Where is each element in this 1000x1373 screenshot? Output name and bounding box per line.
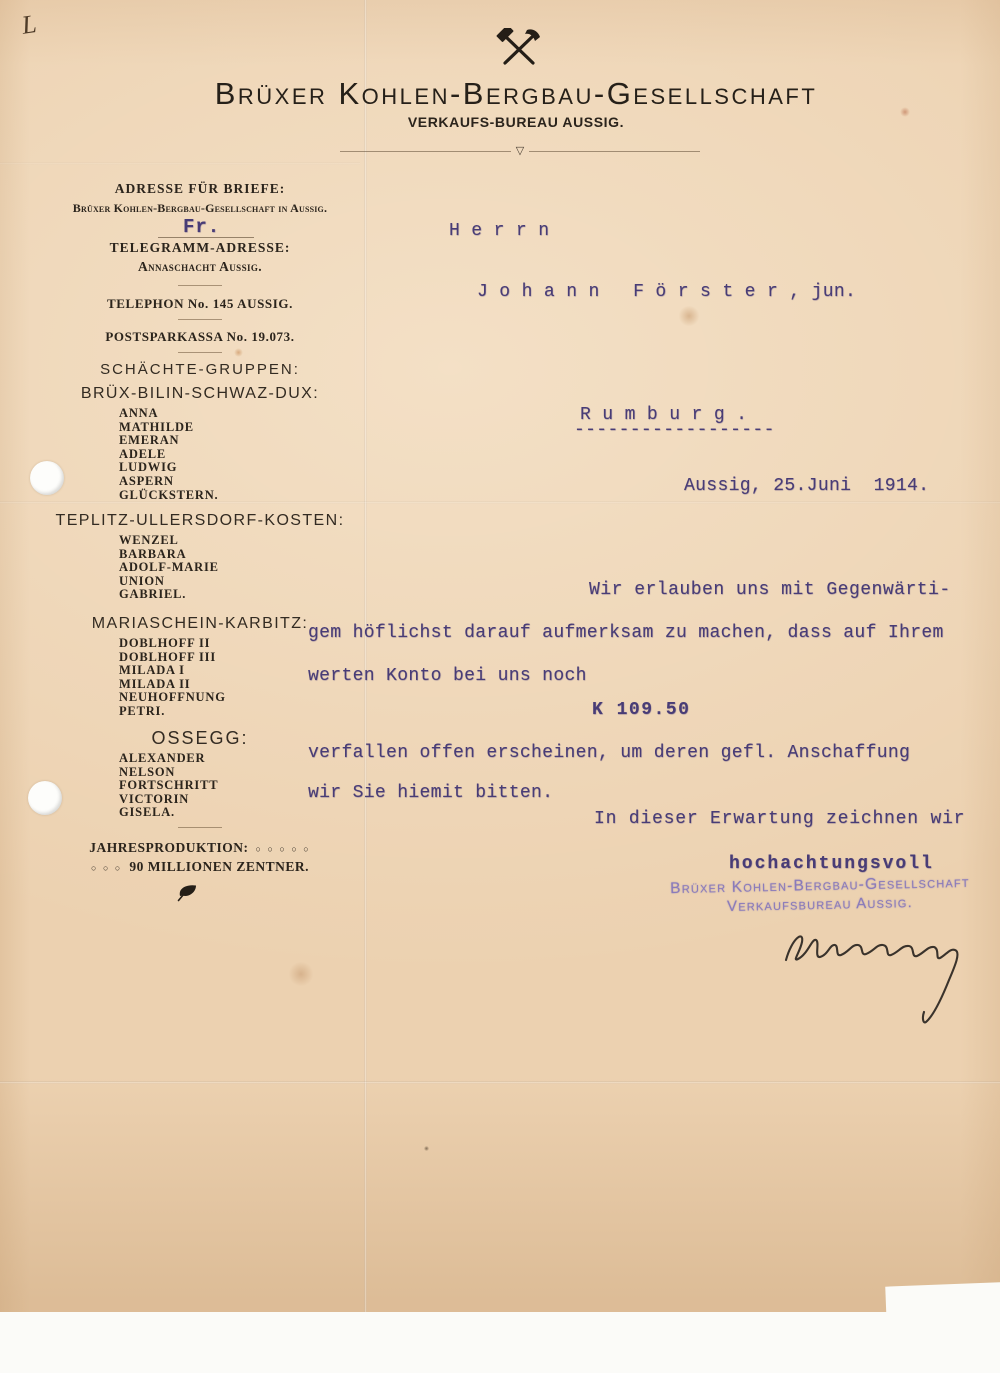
crossed-hammers-icon [492,28,544,68]
sidebar-divider [178,827,222,828]
mine-item: LUDWIG [119,461,365,475]
postal-account-line: POSTSPARKASSA No. 19.073. [35,330,365,343]
mine-group-name: BRÜX-BILIN-SCHWAZ-DUX: [35,386,365,402]
minor-crease [0,162,360,165]
recipient-name: J o h a n n F ö r s t e r , jun. [477,283,856,301]
mine-list: ANNA MATHILDE EMERAN ADELE LUDWIG ASPERN… [35,407,365,502]
telegram-label: TELEGRAMM-ADRESSE: [35,241,365,255]
mine-item: NEUHOFFNUNG [119,691,365,705]
paper-corner-edge [885,1281,1000,1312]
divider-line [340,151,511,152]
mine-item: UNION [119,575,365,589]
telegram-value: Annaschacht Aussig. [35,260,365,274]
sidebar-divider [178,285,222,286]
mine-group-name: TEPLITZ-ULLERSDORF-KOSTEN: [35,513,365,529]
dateline: Aussig, 25.Juni 1914. [684,477,929,495]
mine-item: EMERAN [119,434,365,448]
stain [424,1146,429,1151]
mine-list: WENZEL BARBARA ADOLF-MARIE UNION GABRIEL… [35,534,365,602]
company-title: Brüxer Kohlen-Bergbau-Gesellschaft [36,78,996,109]
header-divider: ▽ [340,146,700,157]
horizontal-fold-crease-lower [0,1081,1000,1084]
mine-item: GISELA. [119,806,365,820]
groups-title: SCHÄCHTE-GRUPPEN: [35,362,365,377]
recipient-city-underline: ------------------ [574,421,775,439]
body-line: gem höflichst darauf aufmerksam zu mache… [308,624,944,642]
production-value: 90 MILLIONEN ZENTNER. [129,860,309,874]
sidebar-divider [178,319,222,320]
body-line: werten Konto bei uns noch [308,667,587,685]
mine-item: GLÜCKSTERN. [119,489,365,503]
body-line: verfallen offen erscheinen, um deren gef… [308,744,910,762]
stain [234,348,243,357]
leaf-ornament-icon [176,883,200,902]
mine-item: GABRIEL. [119,588,365,602]
address-label: ADRESSE FÜR BRIEFE: [35,182,365,196]
stain [678,306,700,326]
divider-line [529,151,700,152]
amount-due: K 109.50 [592,701,690,719]
mine-item: ADELE [119,448,365,462]
telephone-line: TELEPHON No. 145 AUSSIG. [35,297,365,310]
mine-item: ADOLF-MARIE [119,561,365,575]
mine-item: WENZEL [119,534,365,548]
mine-item: NELSON [119,766,365,780]
mine-group: BRÜX-BILIN-SCHWAZ-DUX: ANNA MATHILDE EME… [35,386,365,502]
handwritten-note: Fr. [183,218,220,237]
body-line: In dieser Erwartung zeichnen wir [594,810,965,828]
production-line-2: ○ ○ ○ 90 MILLIONEN ZENTNER. [35,860,365,874]
mine-group: TEPLITZ-ULLERSDORF-KOSTEN: WENZEL BARBAR… [35,513,365,602]
production-circles: ○ ○ ○ [91,864,122,873]
address-value: Brüxer Kohlen-Bergbau-Gesellschaft in Au… [35,202,365,214]
body-line: wir Sie hiemit bitten. [308,784,553,802]
mine-item: BARBARA [119,548,365,562]
closing-phrase: hochachtungsvoll [729,855,934,873]
production-label: JAHRESPRODUKTION: [89,841,248,855]
stain [288,962,314,986]
production-circles: ○ ○ ○ ○ ○ [256,845,311,854]
triangle-ornament-icon: ▽ [511,146,529,157]
mine-item: ANNA [119,407,365,421]
mine-item: DOBLHOFF III [119,651,365,665]
sidebar-divider [178,352,222,353]
mine-item: PETRI. [119,705,365,719]
mine-item: ASPERN [119,475,365,489]
mine-item: MATHILDE [119,421,365,435]
handwritten-corner-mark: L [20,11,38,39]
body-line: Wir erlauben uns mit Gegenwärti- [589,581,951,599]
letter-scan: L Brüxer Kohlen-Bergbau-Gesellschaft VER… [0,0,1000,1312]
company-subtitle: VERKAUFS-BUREAU AUSSIG. [36,115,996,129]
recipient-title: H e r r n [449,222,549,240]
production-line-1: JAHRESPRODUKTION: ○ ○ ○ ○ ○ [35,841,365,855]
handwritten-signature [772,908,982,1028]
